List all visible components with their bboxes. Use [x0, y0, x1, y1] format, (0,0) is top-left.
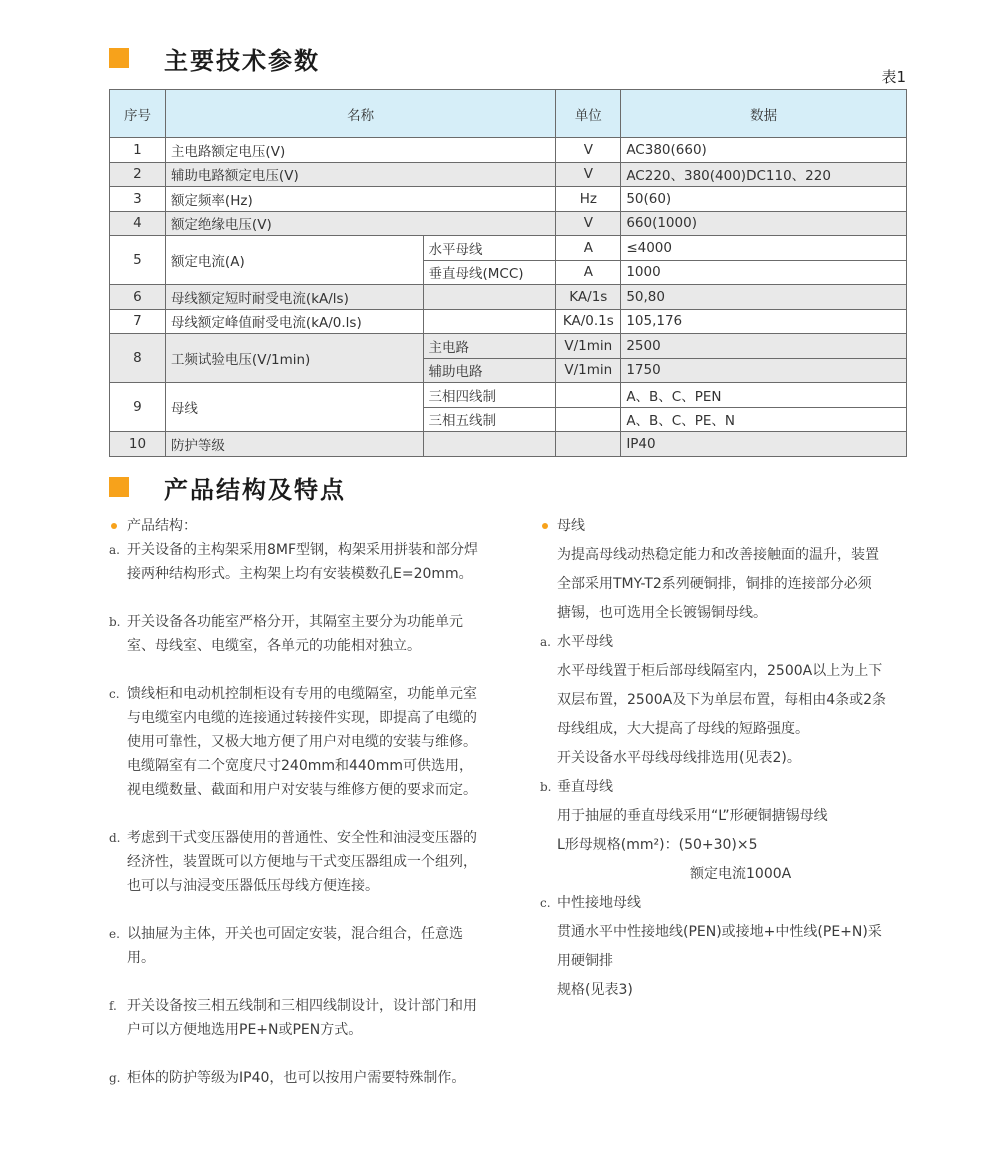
cell-sub-label: 三相四线制 [423, 383, 556, 408]
cell-seq: 10 [110, 432, 166, 457]
cell-name: 母线 [165, 383, 423, 432]
item-extra-text: 电缆隔室有二个宽度尺寸240mm和440mm可供选用，视电缆数量、截面和用户对安… [127, 754, 481, 802]
item-text: 开关设备各功能室严格分开，其隔室主要分为功能单元室、母线室、电缆室，各单元的功能… [127, 614, 463, 654]
cell-unit: A [556, 260, 621, 285]
table-row: 4 额定绝缘电压(V) V 660(1000) [110, 211, 907, 236]
orange-square-icon [109, 48, 129, 68]
table-row: 8 工频试验电压(V/1min) 主电路 V/1min 2500 [110, 334, 907, 359]
paragraph-line: 用于抽屉的垂直母线采用“L”形硬铜搪锡母线 [540, 802, 920, 831]
paragraph-line: 规格(见表3) [540, 976, 920, 1005]
cell-unit [556, 407, 621, 432]
header-data: 数据 [621, 90, 907, 138]
cell-seq: 6 [110, 285, 166, 310]
table-header-row: 序号 名称 单位 数据 [110, 90, 907, 138]
item-marker: c. [540, 889, 557, 918]
cell-unit: V [556, 211, 621, 236]
cell-sub-label [423, 432, 556, 457]
cell-unit: V/1min [556, 334, 621, 359]
item-text: 开关设备的主构架采用8MF型钢，构架采用拼装和部分焊接两种结构形式。主构架上均有… [127, 542, 478, 582]
header-name: 名称 [165, 90, 555, 138]
bullet-product-structure: 产品结构： [109, 514, 481, 538]
cell-seq: 7 [110, 309, 166, 334]
cell-sub-label: 辅助电路 [423, 358, 556, 383]
cell-data: 1000 [621, 260, 907, 285]
list-item: b. 开关设备各功能室严格分开，其隔室主要分为功能单元室、母线室、电缆室，各单元… [109, 610, 481, 658]
cell-seq: 8 [110, 334, 166, 383]
section-header-structure: 产品结构及特点 [109, 472, 129, 502]
item-marker: a. [540, 628, 557, 657]
bullet-dot-icon [111, 523, 117, 529]
header-unit: 单位 [556, 90, 621, 138]
cell-name: 防护等级 [165, 432, 423, 457]
cell-data: AC220、380(400)DC110、220 [621, 162, 907, 187]
cell-name: 工频试验电压(V/1min) [165, 334, 423, 383]
list-item: f. 开关设备按三相五线制和三相四线制设计，设计部门和用户可以方便地选用PE+N… [109, 994, 481, 1042]
header-seq: 序号 [110, 90, 166, 138]
cell-name: 额定绝缘电压(V) [165, 211, 555, 236]
item-marker: b. [540, 773, 557, 802]
cell-data: 2500 [621, 334, 907, 359]
item-text: 以抽屉为主体，开关也可固定安装，混合组合，任意选用。 [127, 926, 463, 966]
table-row: 5 额定电流(A) 水平母线 A ≤4000 [110, 236, 907, 261]
cell-data: A、B、C、PEN [621, 383, 907, 408]
cell-name: 母线额定短时耐受电流(kA/ls) [165, 285, 423, 310]
cell-seq: 9 [110, 383, 166, 432]
section-header-specs: 主要技术参数 [109, 43, 129, 73]
paragraph-line: 水平母线置于柜后部母线隔室内，2500A以上为上下 [540, 657, 920, 686]
item-marker: g. [109, 1066, 121, 1090]
paragraph-line: 为提高母线动热稳定能力和改善接触面的温升，装置 [540, 541, 920, 570]
cell-unit: V [556, 162, 621, 187]
list-item: g. 柜体的防护等级为IP40，也可以按用户需要特殊制作。 [109, 1066, 481, 1090]
table-row: 1 主电路额定电压(V) V AC380(660) [110, 138, 907, 163]
cell-data: AC380(660) [621, 138, 907, 163]
item-marker: d. [109, 826, 121, 850]
cell-sub-label [423, 309, 556, 334]
cell-data: 660(1000) [621, 211, 907, 236]
table-row: 10 防护等级 IP40 [110, 432, 907, 457]
cell-sub-label: 垂直母线(MCC) [423, 260, 556, 285]
paragraph-line: 双层布置，2500A及下为单层布置，每相由4条或2条 [540, 686, 920, 715]
paragraph-line: 用硬铜排 [540, 947, 920, 976]
cell-unit [556, 383, 621, 408]
cell-name: 额定频率(Hz) [165, 187, 555, 212]
subheading-neutral-ground-busbar: c.中性接地母线 [540, 889, 920, 918]
cell-name: 主电路额定电压(V) [165, 138, 555, 163]
paragraph-line: 全部采用TMY-T2系列硬铜排，铜排的连接部分必须 [540, 570, 920, 599]
list-item: e. 以抽屉为主体，开关也可固定安装，混合组合，任意选用。 [109, 922, 481, 970]
cell-name: 母线额定峰值耐受电流(kA/0.ls) [165, 309, 423, 334]
cell-seq: 2 [110, 162, 166, 187]
cell-sub-label: 水平母线 [423, 236, 556, 261]
subheading-vertical-busbar: b.垂直母线 [540, 773, 920, 802]
cell-data: 105,176 [621, 309, 907, 334]
list-item: d. 考虑到干式变压器使用的普通性、安全性和油浸变压器的经济性，装置既可以方便地… [109, 826, 481, 898]
cell-sub-label: 三相五线制 [423, 407, 556, 432]
section-title: 主要技术参数 [164, 41, 320, 76]
bullet-dot-icon [542, 523, 548, 529]
cell-sub-label: 主电路 [423, 334, 556, 359]
bullet-busbar: 母线 [540, 512, 920, 541]
cell-data: ≤4000 [621, 236, 907, 261]
subheading-text: 中性接地母线 [557, 895, 641, 911]
cell-unit: KA/0.1s [556, 309, 621, 334]
cell-sub-label [423, 285, 556, 310]
cell-data: A、B、C、PE、N [621, 407, 907, 432]
cell-data: 1750 [621, 358, 907, 383]
paragraph-line: 开关设备水平母线母线排选用(见表2)。 [540, 744, 920, 773]
list-item: a. 开关设备的主构架采用8MF型钢，构架采用拼装和部分焊接两种结构形式。主构架… [109, 538, 481, 586]
paragraph-line: L形母规格(mm²)：(50+30)×5 [540, 831, 920, 860]
cell-data: 50(60) [621, 187, 907, 212]
bullet-label: 产品结构： [127, 518, 197, 534]
item-marker: c. [109, 682, 120, 706]
cell-data: 50,80 [621, 285, 907, 310]
rated-current: 额定电流1000A [540, 860, 920, 889]
item-text: 考虑到干式变压器使用的普通性、安全性和油浸变压器的经济性，装置既可以方便地与干式… [127, 830, 477, 894]
subheading-horizontal-busbar: a.水平母线 [540, 628, 920, 657]
table-row: 9 母线 三相四线制 A、B、C、PEN [110, 383, 907, 408]
cell-data: IP40 [621, 432, 907, 457]
right-column: 母线 为提高母线动热稳定能力和改善接触面的温升，装置 全部采用TMY-T2系列硬… [540, 512, 920, 1005]
item-marker: f. [109, 994, 117, 1018]
item-marker: a. [109, 538, 120, 562]
table-row: 6 母线额定短时耐受电流(kA/ls) KA/1s 50,80 [110, 285, 907, 310]
paragraph-line: 贯通水平中性接地线(PEN)或接地+中性线(PE+N)采 [540, 918, 920, 947]
subheading-text: 水平母线 [557, 634, 613, 650]
cell-seq: 4 [110, 211, 166, 236]
cell-unit: A [556, 236, 621, 261]
cell-seq: 5 [110, 236, 166, 285]
cell-unit: V/1min [556, 358, 621, 383]
table-row: 2 辅助电路额定电压(V) V AC220、380(400)DC110、220 [110, 162, 907, 187]
list-item: c. 馈线柜和电动机控制柜设有专用的电缆隔室，功能单元室与电缆室内电缆的连接通过… [109, 682, 481, 802]
table-row: 7 母线额定峰值耐受电流(kA/0.ls) KA/0.1s 105,176 [110, 309, 907, 334]
cell-seq: 3 [110, 187, 166, 212]
cell-unit: KA/1s [556, 285, 621, 310]
spec-table: 序号 名称 单位 数据 1 主电路额定电压(V) V AC380(660) 2 … [109, 89, 907, 457]
cell-unit: V [556, 138, 621, 163]
section-title: 产品结构及特点 [164, 470, 346, 505]
cell-unit [556, 432, 621, 457]
item-marker: b. [109, 610, 121, 634]
cell-name: 辅助电路额定电压(V) [165, 162, 555, 187]
paragraph-line: 母线组成，大大提高了母线的短路强度。 [540, 715, 920, 744]
cell-unit: Hz [556, 187, 621, 212]
item-marker: e. [109, 922, 120, 946]
table-row: 3 额定频率(Hz) Hz 50(60) [110, 187, 907, 212]
left-column: 产品结构： a. 开关设备的主构架采用8MF型钢，构架采用拼装和部分焊接两种结构… [109, 514, 481, 1090]
orange-square-icon [109, 477, 129, 497]
subheading-text: 垂直母线 [557, 779, 613, 795]
table-label: 表1 [881, 66, 906, 87]
cell-seq: 1 [110, 138, 166, 163]
item-text: 馈线柜和电动机控制柜设有专用的电缆隔室，功能单元室与电缆室内电缆的连接通过转接件… [127, 686, 477, 750]
cell-name: 额定电流(A) [165, 236, 423, 285]
paragraph-line: 搪锡，也可选用全长镀锡铜母线。 [540, 599, 920, 628]
item-text: 开关设备按三相五线制和三相四线制设计，设计部门和用户可以方便地选用PE+N或PE… [127, 998, 477, 1038]
bullet-label: 母线 [557, 518, 585, 534]
item-text: 柜体的防护等级为IP40，也可以按用户需要特殊制作。 [127, 1070, 465, 1086]
